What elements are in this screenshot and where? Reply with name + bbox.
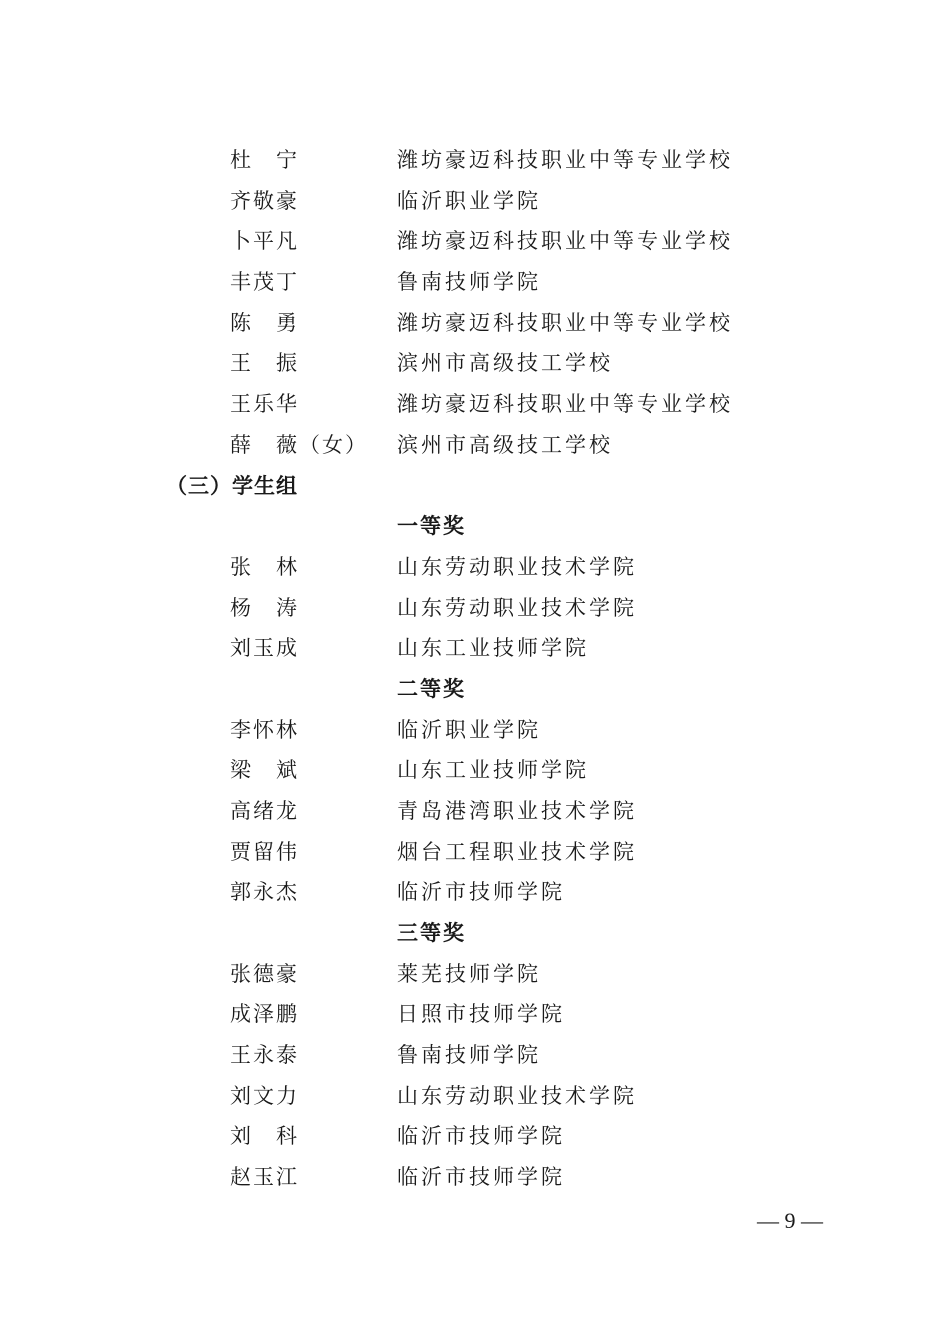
person-name: 杨 涛 (230, 592, 299, 624)
school-name: 青岛港湾职业技术学院 (397, 795, 637, 827)
school-name: 潍坊豪迈科技职业中等专业学校 (397, 388, 733, 420)
page-number: — 9 — (757, 1208, 823, 1234)
person-name: 高绪龙 (230, 795, 299, 827)
person-name: 梁 斌 (230, 754, 299, 786)
person-name: 张 林 (230, 551, 299, 583)
person-name: 王永泰 (230, 1039, 299, 1071)
person-name: 卜平凡 (230, 225, 299, 257)
school-name: 日照市技师学院 (397, 998, 565, 1030)
school-name: 山东工业技师学院 (397, 632, 589, 664)
school-name: 山东劳动职业技术学院 (397, 551, 637, 583)
section-title: （三）学生组 (166, 470, 298, 502)
person-name: 刘 科 (230, 1120, 299, 1152)
school-name: 临沂市技师学院 (397, 876, 565, 908)
award-title: 三等奖 (397, 917, 466, 949)
person-name: 齐敬豪 (230, 185, 299, 217)
school-name: 山东工业技师学院 (397, 754, 589, 786)
school-name: 莱芜技师学院 (397, 958, 541, 990)
person-name: 王 振 (230, 347, 299, 379)
person-name: 张德豪 (230, 958, 299, 990)
person-name: 丰茂丁 (230, 266, 299, 298)
person-name: 李怀林 (230, 714, 299, 746)
school-name: 临沂职业学院 (397, 185, 541, 217)
person-name: 贾留伟 (230, 836, 299, 868)
person-name: 成泽鹏 (230, 998, 299, 1030)
person-name: 陈 勇 (230, 307, 299, 339)
school-name: 临沂职业学院 (397, 714, 541, 746)
school-name: 滨州市高级技工学校 (397, 429, 613, 461)
person-name: 刘文力 (230, 1080, 299, 1112)
person-name: 王乐华 (230, 388, 299, 420)
school-name: 潍坊豪迈科技职业中等专业学校 (397, 225, 733, 257)
school-name: 烟台工程职业技术学院 (397, 836, 637, 868)
person-name: 刘玉成 (230, 632, 299, 664)
school-name: 临沂市技师学院 (397, 1120, 565, 1152)
school-name: 山东劳动职业技术学院 (397, 592, 637, 624)
award-title: 一等奖 (397, 510, 466, 542)
school-name: 潍坊豪迈科技职业中等专业学校 (397, 144, 733, 176)
person-name: 杜 宁 (230, 144, 299, 176)
school-name: 鲁南技师学院 (397, 266, 541, 298)
school-name: 潍坊豪迈科技职业中等专业学校 (397, 307, 733, 339)
school-name: 鲁南技师学院 (397, 1039, 541, 1071)
person-name: 郭永杰 (230, 876, 299, 908)
award-title: 二等奖 (397, 673, 466, 705)
school-name: 临沂市技师学院 (397, 1161, 565, 1193)
person-name: 赵玉江 (230, 1161, 299, 1193)
school-name: 滨州市高级技工学校 (397, 347, 613, 379)
person-name: 薛 薇（女） (230, 429, 368, 461)
school-name: 山东劳动职业技术学院 (397, 1080, 637, 1112)
